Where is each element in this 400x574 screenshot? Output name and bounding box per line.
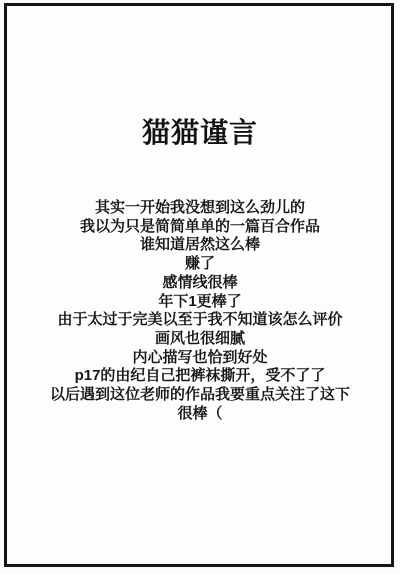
comment-line: 感情线很棒 <box>0 274 400 293</box>
comment-line: 我以为只是简简单单的一篇百合作品 <box>0 218 400 237</box>
comment-line: 年下1更棒了 <box>0 293 400 312</box>
comment-line: 画风也很细腻 <box>0 330 400 349</box>
comment-line: 谁知道居然这么棒 <box>0 236 400 255</box>
comment-line: 赚了 <box>0 255 400 274</box>
comment-page: 猫猫谨言 其实一开始我没想到这么劲儿的 我以为只是简简单单的一篇百合作品 谁知道… <box>0 0 400 574</box>
comment-body: 其实一开始我没想到这么劲儿的 我以为只是简简单单的一篇百合作品 谁知道居然这么棒… <box>0 199 400 423</box>
comment-line: p17的由纪自己把裤袜撕开，受不了了 <box>0 367 400 386</box>
page-title: 猫猫谨言 <box>0 111 400 151</box>
comment-line: 以后遇到这位老师的作品我要重点关注了这下 <box>0 386 400 405</box>
comment-line: 很棒（ <box>0 405 400 424</box>
comment-line: 其实一开始我没想到这么劲儿的 <box>0 199 400 218</box>
comment-line: 内心描写也恰到好处 <box>0 349 400 368</box>
comment-line: 由于太过于完美以至于我不知道该怎么评价 <box>0 311 400 330</box>
